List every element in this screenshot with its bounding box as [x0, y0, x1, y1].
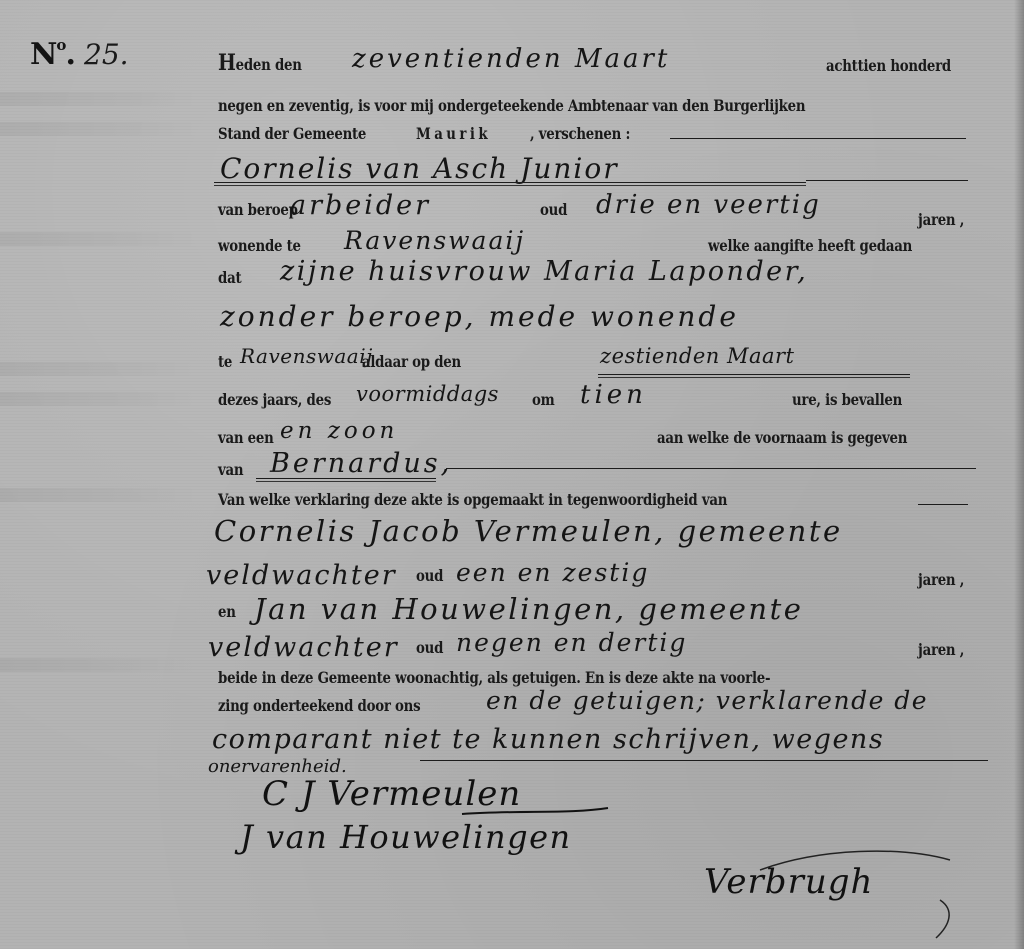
printed-line-2: negen en zeventig, is voor mij ondergete… — [218, 96, 805, 115]
bleed-through — [0, 362, 200, 376]
printed-voornaam: aan welke de voornaam is gegeven — [657, 428, 907, 447]
printed-jaren-2: jaren , — [918, 640, 964, 659]
municipality-name: Maurik — [416, 124, 491, 143]
handwritten-dagdeel: voormiddags — [356, 382, 499, 406]
printed-zing: zing onderteekend door ons — [218, 696, 420, 715]
printed-aldaar: aldaar op den — [362, 352, 461, 371]
signature-witness-2: J van Houwelingen — [240, 818, 572, 856]
handwritten-witness-1-occupation: veldwachter — [206, 560, 397, 591]
fill-line — [446, 468, 976, 469]
handwritten-witness-2-age: negen en dertig — [456, 628, 687, 657]
handwritten-hour: tien — [580, 380, 647, 410]
signature-registrar-flourish — [740, 840, 970, 940]
handwritten-comparant: Cornelis van Asch Junior — [220, 152, 619, 185]
bleed-through — [0, 658, 200, 672]
handwritten-witness-2: Jan van Houwelingen, gemeente — [254, 592, 803, 626]
printed-van: van — [218, 460, 243, 479]
printed-beide: beide in deze Gemeente woonachtig, als g… — [218, 668, 770, 687]
printed-van-een: van een — [218, 428, 274, 447]
underline — [598, 374, 910, 378]
handwritten-mother-occupation: zonder beroep, mede wonende — [220, 300, 739, 333]
handwritten-witness-2-occupation: veldwachter — [208, 632, 399, 663]
printed-ure-bevallen: ure, is bevallen — [792, 390, 902, 409]
printed-oud-1: oud — [416, 566, 443, 585]
handwritten-mother: zijne huisvrouw Maria Laponder, — [280, 256, 808, 287]
fill-line — [806, 180, 968, 181]
handwritten-witness-1-age: een en zestig — [456, 558, 649, 587]
printed-jaren: jaren , — [918, 210, 964, 229]
handwritten-given-name: Bernardus, — [270, 448, 452, 479]
page-edge-shadow — [1014, 0, 1024, 949]
fill-line — [670, 138, 966, 139]
record-number-value: 25. — [84, 38, 129, 71]
printed-oud-2: oud — [416, 638, 443, 657]
printed-achttien-honderd: achttien honderd — [826, 56, 951, 75]
bleed-through — [0, 122, 200, 136]
bleed-through — [0, 488, 200, 502]
handwritten-closing-1: en de getuigen; verklarende de — [486, 686, 928, 715]
underline — [214, 182, 806, 186]
printed-dezes-jaars: dezes jaars, des — [218, 390, 331, 409]
handwritten-birthplace: Ravenswaaij — [240, 344, 373, 368]
printed-stand: Stand der Gemeente — [218, 124, 366, 143]
fill-line — [918, 504, 968, 505]
printed-heden: Heden den — [218, 50, 302, 76]
printed-van-beroep: van beroep — [218, 200, 298, 219]
printed-wonende-te: wonende te — [218, 236, 301, 255]
printed-te: te — [218, 352, 232, 371]
scanned-document: No. 25. Heden den zeventienden Maart ach… — [0, 0, 1024, 949]
underline — [256, 478, 436, 482]
bleed-through — [0, 92, 200, 106]
bleed-through — [0, 232, 200, 246]
handwritten-birthdate: zestienden Maart — [600, 344, 794, 368]
record-number-label: No. — [30, 36, 75, 72]
printed-dat: dat — [218, 268, 241, 287]
printed-om: om — [532, 390, 554, 409]
handwritten-occupation: arbeider — [290, 190, 431, 221]
printed-verschenen: , verschenen : — [530, 124, 630, 143]
printed-jaren-1: jaren , — [918, 570, 964, 589]
handwritten-residence: Ravenswaaij — [344, 226, 525, 255]
printed-aangifte: welke aangifte heeft gedaan — [708, 236, 912, 255]
handwritten-age: drie en veertig — [596, 190, 821, 220]
printed-verklaring: Van welke verklaring deze akte is opgema… — [218, 490, 727, 509]
printed-oud: oud — [540, 200, 567, 219]
handwritten-closing-2: comparant niet te kunnen schrijven, wege… — [212, 724, 884, 755]
printed-en: en — [218, 602, 236, 621]
bleed-through — [0, 392, 200, 406]
fill-line — [420, 760, 988, 761]
handwritten-child-sex: en zoon — [280, 418, 398, 444]
handwritten-date: zeventienden Maart — [352, 44, 670, 74]
handwritten-witness-1: Cornelis Jacob Vermeulen, gemeente — [214, 514, 843, 548]
